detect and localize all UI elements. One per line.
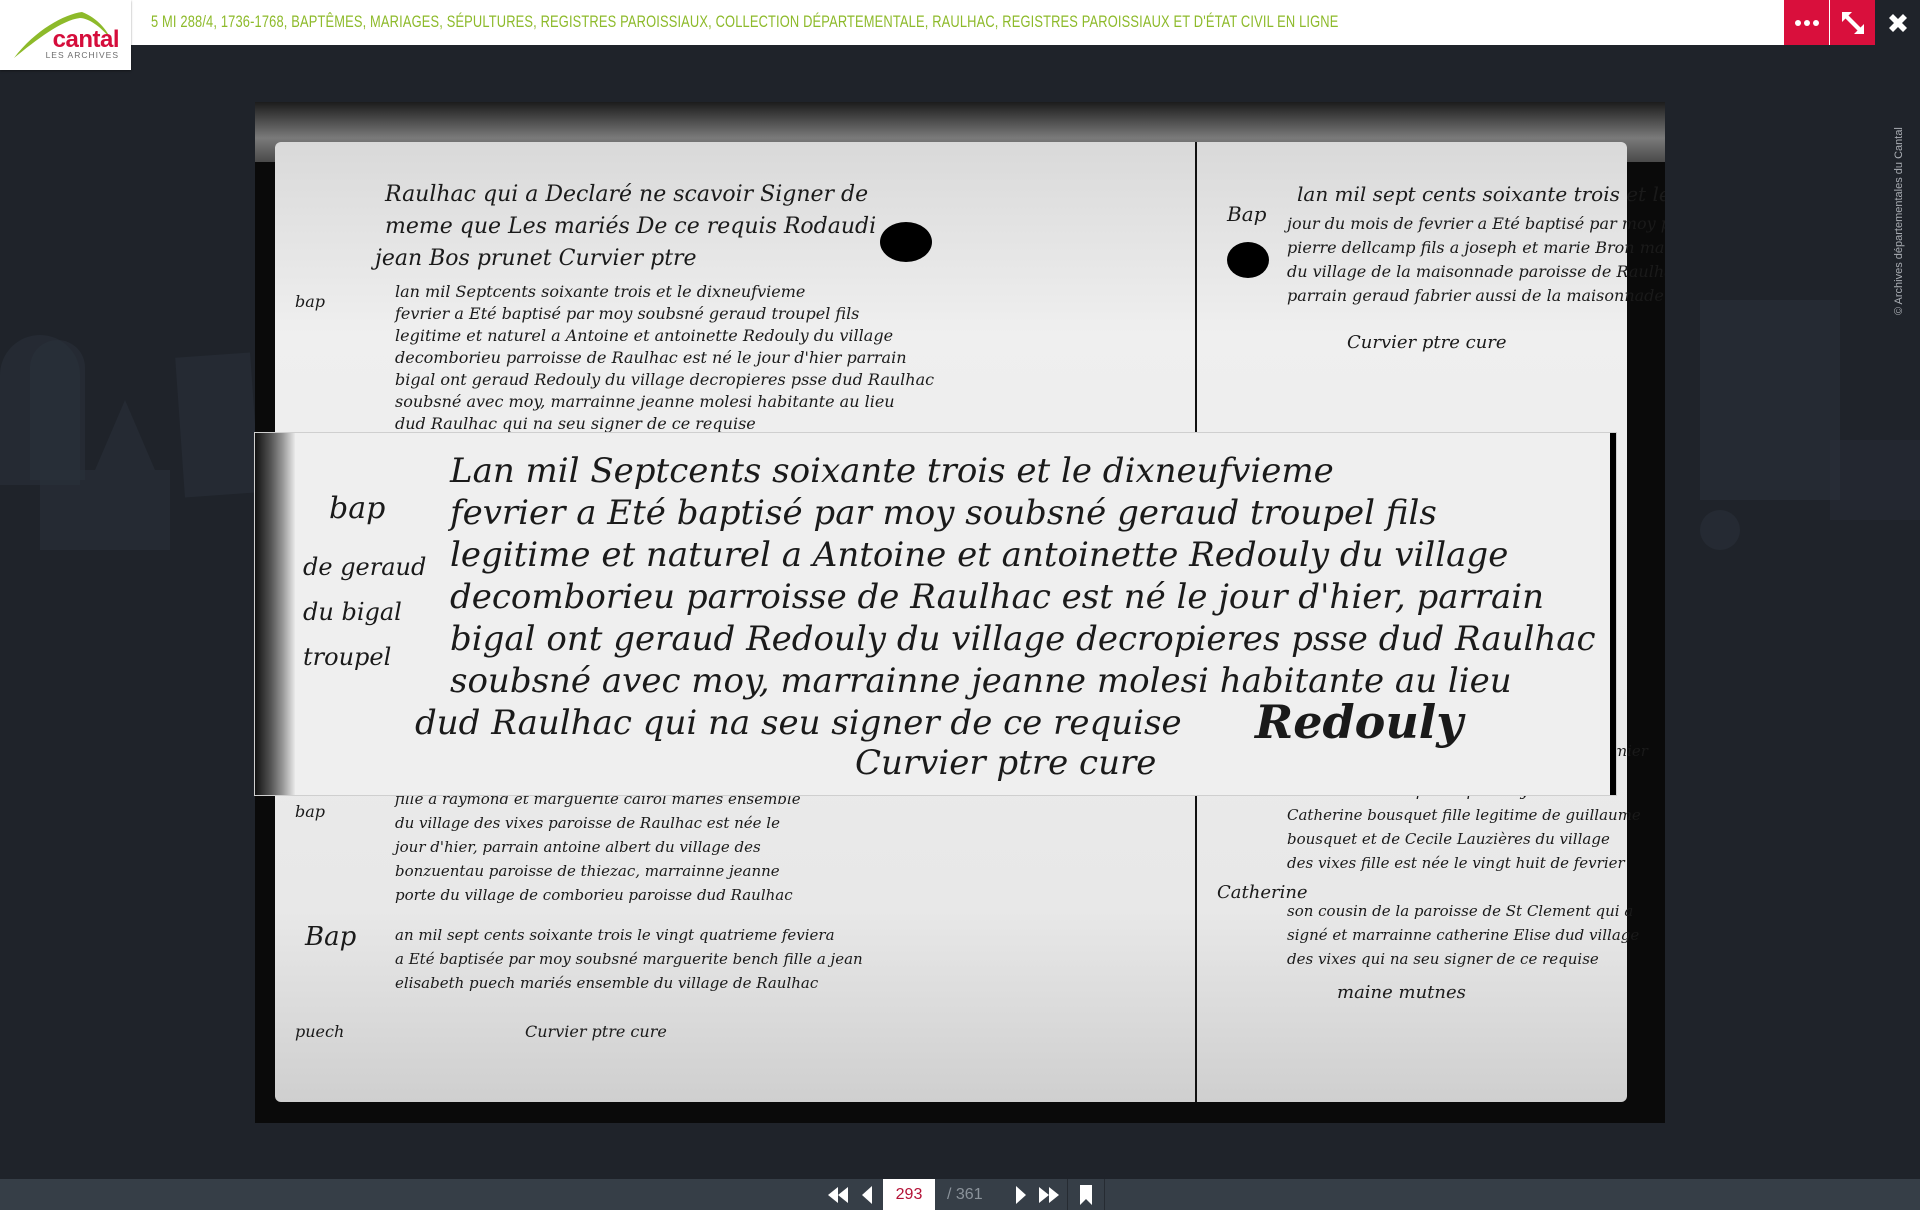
fullscreen-button[interactable] bbox=[1830, 0, 1875, 45]
ellipsis-icon bbox=[1795, 20, 1819, 26]
bookmark-icon bbox=[1079, 1184, 1093, 1206]
total-pages-label: / 361 bbox=[937, 1186, 1007, 1204]
chevron-right-icon bbox=[1014, 1185, 1028, 1205]
current-page-input[interactable] bbox=[883, 1179, 935, 1210]
bookmark-button[interactable] bbox=[1072, 1179, 1100, 1210]
lens-margin-line: de geraud bbox=[303, 553, 426, 581]
close-button[interactable] bbox=[1875, 0, 1920, 45]
lens-signature: Redouly bbox=[1255, 695, 1463, 749]
lens-text-line: bigal ont geraud Redouly du village decr… bbox=[450, 619, 1596, 659]
lens-page-rule bbox=[1610, 433, 1616, 795]
double-chevron-left-icon bbox=[827, 1185, 851, 1205]
logo-subtitle: LES ARCHIVES bbox=[46, 51, 119, 60]
more-options-button[interactable] bbox=[1784, 0, 1829, 45]
last-page-button[interactable] bbox=[1035, 1179, 1063, 1210]
double-chevron-right-icon bbox=[1037, 1185, 1061, 1205]
previous-page-button[interactable] bbox=[853, 1179, 881, 1210]
first-page-button[interactable] bbox=[825, 1179, 853, 1210]
lens-text-line: decomborieu parroisse de Raulhac est né … bbox=[450, 577, 1544, 617]
pager-separator bbox=[1067, 1179, 1068, 1210]
next-page-button[interactable] bbox=[1007, 1179, 1035, 1210]
lens-text-line: legitime et naturel a Antoine et antoine… bbox=[450, 535, 1508, 575]
cantal-archives-logo[interactable]: cantal LES ARCHIVES bbox=[0, 0, 131, 70]
lens-margin-line: du bigal bbox=[303, 598, 402, 626]
lens-text-line: Curvier ptre cure bbox=[855, 743, 1156, 783]
lens-page-edge bbox=[255, 433, 295, 795]
lens-margin-line: troupel bbox=[303, 643, 391, 671]
expand-arrows-icon bbox=[1840, 10, 1866, 36]
pager-separator bbox=[1104, 1179, 1105, 1210]
lens-text-line: fevrier a Eté baptisé par moy soubsné ge… bbox=[450, 493, 1437, 533]
lens-margin-line: bap bbox=[329, 491, 385, 526]
logo-wordmark: cantal bbox=[53, 28, 119, 52]
pagination-bar: / 361 bbox=[0, 1179, 1920, 1210]
lens-text-line: dud Raulhac qui na seu signer de ce requ… bbox=[415, 703, 1182, 743]
chevron-left-icon bbox=[860, 1185, 874, 1205]
document-title: 5 MI 288/4, 1736-1768, BAPTÊMES, MARIAGE… bbox=[151, 0, 1338, 45]
lens-text-line: Lan mil Septcents soixante trois et le d… bbox=[450, 451, 1334, 491]
header-bar: cantal LES ARCHIVES 5 MI 288/4, 1736-176… bbox=[0, 0, 1920, 45]
close-x-icon bbox=[1886, 11, 1910, 35]
magnifier-lens[interactable]: bap de geraud du bigal troupel Lan mil S… bbox=[255, 433, 1616, 795]
pager: / 361 bbox=[825, 1179, 1109, 1210]
copyright-notice: © Archives départementales du Cantal bbox=[1893, 127, 1905, 315]
